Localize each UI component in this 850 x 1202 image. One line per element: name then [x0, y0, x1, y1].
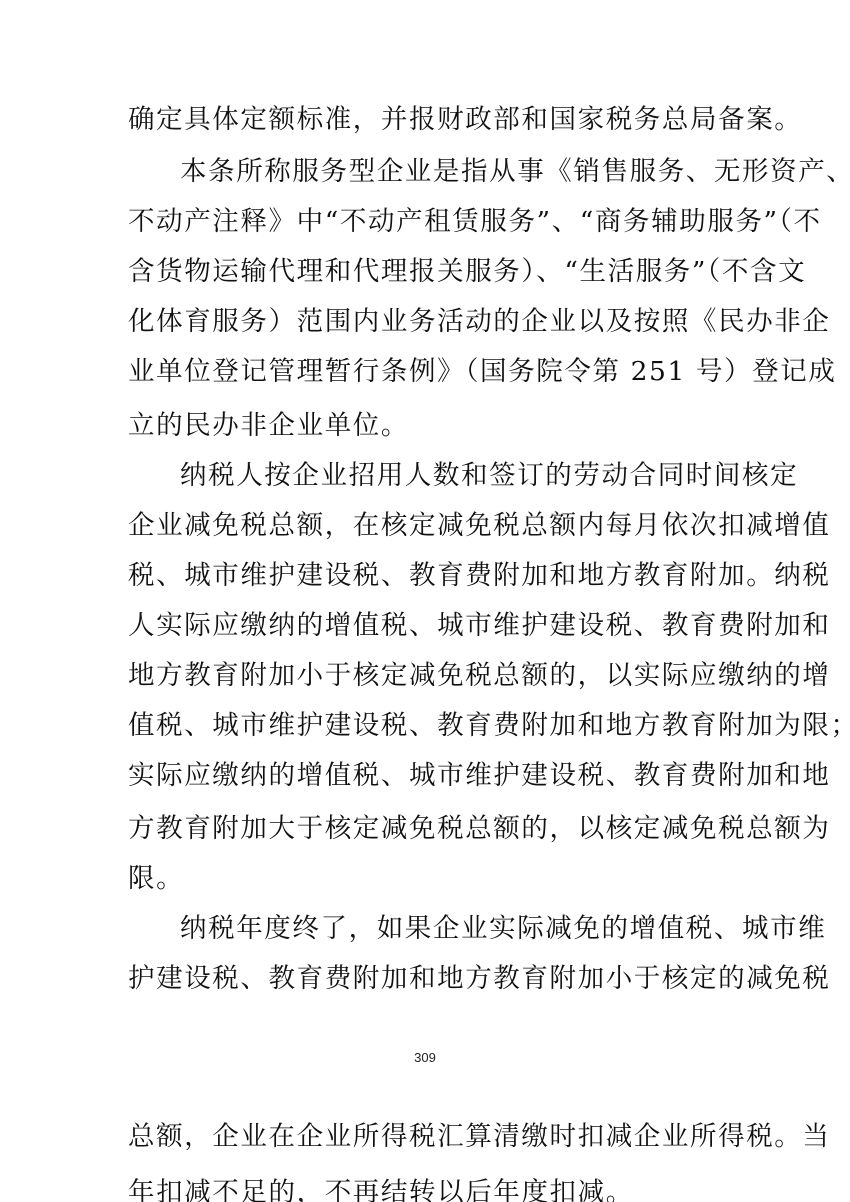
paragraph-3-line-4: 人实际应缴纳的增值税、城市维护建设税、教育费附加和	[128, 609, 728, 643]
page-number: 309	[0, 1050, 850, 1065]
paragraph-2-line-2: 不动产注释》中“不动产租赁服务”、“商务辅助服务”（不	[128, 205, 728, 239]
paragraph-2-line-3: 含货物运输代理和代理报关服务）、“生活服务”（不含文	[128, 255, 728, 289]
paragraph-3-line-8: 方教育附加大于核定减免税总额的，以核定减免税总额为	[128, 812, 728, 846]
paragraph-2-line-4: 化体育服务）范围内业务活动的企业以及按照《民办非企	[128, 305, 728, 339]
paragraph-3-line-1: 纳税人按企业招用人数和签订的劳动合同时间核定	[180, 459, 728, 493]
paragraph-2-line-1: 本条所称服务型企业是指从事《销售服务、无形资产、	[180, 155, 728, 189]
paragraph-4-line-4: 年扣减不足的，不再结转以后年度扣减。	[128, 1176, 728, 1202]
paragraph-4-line-3: 总额，企业在企业所得税汇算清缴时扣减企业所得税。当	[128, 1120, 728, 1154]
paragraph-3-line-3: 税、城市维护建设税、教育费附加和地方教育附加。纳税	[128, 559, 728, 593]
document-page: 确定具体定额标准，并报财政部和国家税务总局备案。 本条所称服务型企业是指从事《销…	[0, 0, 850, 1202]
paragraph-3-line-7: 实际应缴纳的增值税、城市维护建设税、教育费附加和地	[128, 759, 728, 793]
paragraph-3-line-9: 限。	[128, 862, 728, 896]
paragraph-2-line-6: 立的民办非企业单位。	[128, 409, 728, 443]
paragraph-3-line-2: 企业减免税总额，在核定减免税总额内每月依次扣减增值	[128, 509, 728, 543]
paragraph-1-line-1: 确定具体定额标准，并报财政部和国家税务总局备案。	[128, 103, 728, 137]
paragraph-4-line-1: 纳税年度终了，如果企业实际减免的增值税、城市维	[180, 912, 728, 946]
paragraph-3-line-5: 地方教育附加小于核定减免税总额的，以实际应缴纳的增	[128, 659, 728, 693]
paragraph-2-line-5: 业单位登记管理暂行条例》（国务院令第 251 号）登记成	[128, 355, 728, 389]
paragraph-3-line-6: 值税、城市维护建设税、教育费附加和地方教育附加为限；	[128, 709, 728, 743]
paragraph-4-line-2: 护建设税、教育费附加和地方教育附加小于核定的减免税	[128, 962, 728, 996]
